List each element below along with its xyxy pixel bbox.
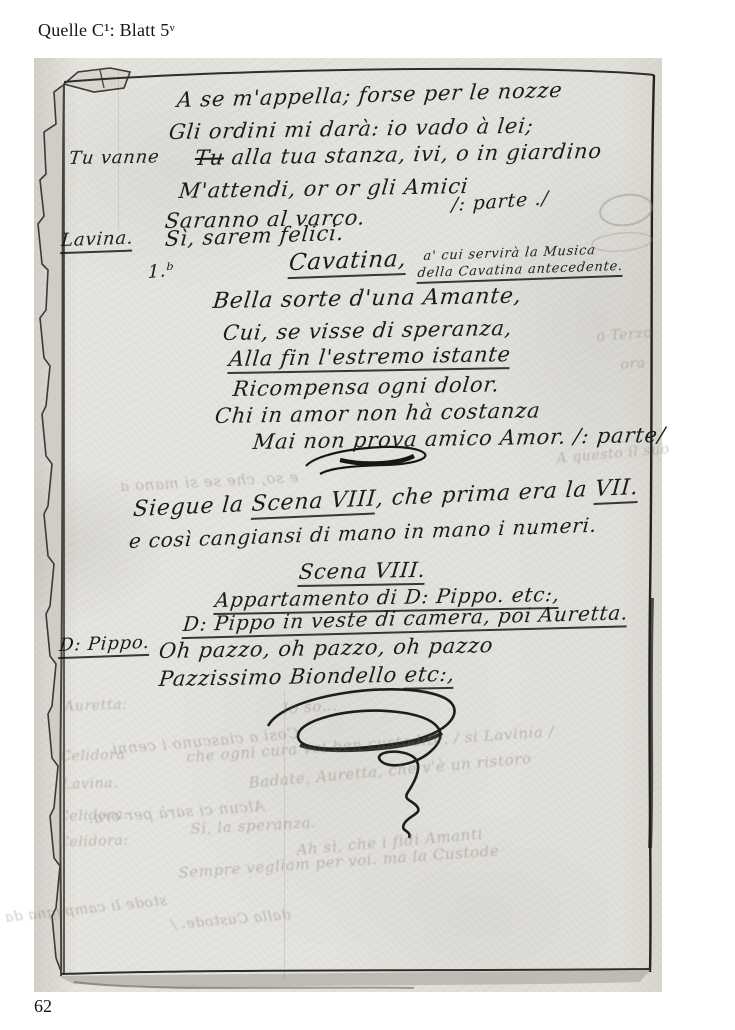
bleedthrough-line: Celidora. bbox=[58, 808, 129, 824]
bleedthrough-line: Auretta: bbox=[64, 698, 128, 714]
bleedthrough-line: o Terzo bbox=[596, 326, 653, 344]
handwritten-segment: VII. bbox=[594, 475, 640, 505]
handwritten-segment: Tu vanne bbox=[68, 146, 161, 169]
handwritten-segment: Cui, se visse di speranza, bbox=[222, 316, 514, 345]
handwritten-line: Gli ordini mi darà: io vado à lei; bbox=[168, 116, 535, 143]
handwritten-line: Oh pazzo, oh pazzo, oh pazzo bbox=[158, 635, 495, 662]
handwritten-segment: Gli ordini mi darà: io vado à lei; bbox=[168, 114, 535, 144]
margin-label: Lavina. bbox=[60, 229, 134, 250]
handwritten-segment: 1.ᵇ bbox=[148, 259, 175, 283]
handwritten-line: Cui, se visse di speranza, bbox=[222, 318, 514, 344]
handwritten-segment: A se m'appella; forse per le nozze bbox=[176, 78, 564, 112]
handwritten-segment: , che prima era la bbox=[375, 477, 596, 512]
bleedthrough-line: Celidora bbox=[60, 748, 126, 764]
handwritten-segment: Tu bbox=[194, 145, 226, 170]
handwritten-segment: Sì, sarem felici. bbox=[164, 221, 345, 251]
handwritten-segment: D: Pippo. bbox=[58, 632, 151, 659]
handwritten-line: /: parte ./ bbox=[451, 189, 549, 215]
handwritten-segment: Siegue la bbox=[132, 492, 252, 522]
bleedthrough-line: Celidora: bbox=[58, 834, 129, 850]
handwritten-segment: M'attendi, or or gli Amici bbox=[178, 174, 470, 203]
handwritten-segment: Scena VIII. bbox=[297, 558, 427, 587]
handwritten-segment: alla tua stanza, ivi, o in giardino bbox=[223, 139, 603, 170]
handwritten-line: Scena VIII. bbox=[298, 560, 427, 583]
handwritten-segment: Alla fin l'estremo istante bbox=[227, 342, 512, 374]
handwritten-line: A se m'appella; forse per le nozze bbox=[176, 80, 564, 111]
bleedthrough-line: ora bbox=[620, 356, 646, 372]
handwritten-segment: Oh pazzo, oh pazzo, oh pazzo bbox=[158, 633, 495, 663]
margin-label: Tu vanne bbox=[68, 148, 160, 168]
handwritten-segment: Bella sorte d'una Amante, bbox=[212, 284, 523, 314]
handwriting-layer: A se m'appella; forse per le nozzeGli or… bbox=[0, 0, 735, 1030]
margin-label: 1.ᵇ bbox=[148, 261, 175, 282]
handwritten-segment: Mai non prova amico Amor. bbox=[252, 425, 568, 455]
handwritten-line: Cavatina, bbox=[288, 248, 408, 275]
handwritten-line: Chi in amor non hà costanza bbox=[214, 400, 542, 427]
handwritten-segment: Pazzissimo Biondello bbox=[158, 663, 406, 691]
handwritten-line: Alla fin l'estremo istante bbox=[228, 344, 512, 370]
handwritten-segment: Cavatina, bbox=[288, 246, 408, 279]
bleedthrough-line: Io so... bbox=[282, 698, 338, 717]
handwritten-line: Tu alla tua stanza, ivi, o in giardino bbox=[194, 141, 603, 169]
bleedthrough-line: Sì, la speranza. bbox=[190, 815, 317, 837]
handwritten-line: Pazzissimo Biondello etc:, bbox=[158, 664, 456, 690]
page-number: 62 bbox=[34, 996, 52, 1017]
bleedthrough-line: stode li campagna da bbox=[4, 894, 168, 925]
handwritten-line: Sì, sarem felici. bbox=[164, 223, 345, 250]
handwritten-segment: Lavina. bbox=[60, 227, 134, 254]
book-page: Quelle C¹: Blatt 5ᵛ bbox=[0, 0, 735, 1030]
handwritten-segment: Chi in amor non hà costanza bbox=[214, 398, 542, 428]
handwritten-line: e così cangiansi di mano in mano i numer… bbox=[128, 515, 598, 551]
handwritten-segment: Ricompensa ogni dolor. bbox=[232, 372, 501, 401]
handwritten-line: Ricompensa ogni dolor. bbox=[232, 374, 501, 400]
handwritten-line: Bella sorte d'una Amante, bbox=[212, 286, 523, 313]
handwritten-line: M'attendi, or or gli Amici bbox=[178, 176, 470, 202]
bleedthrough-line: Lavina. bbox=[62, 776, 119, 792]
handwritten-segment: Scena VIII bbox=[250, 486, 377, 520]
margin-label: D: Pippo. bbox=[58, 634, 150, 655]
handwritten-segment: etc:, bbox=[403, 662, 456, 690]
bleedthrough-line: dalla Custode. / bbox=[170, 908, 291, 932]
